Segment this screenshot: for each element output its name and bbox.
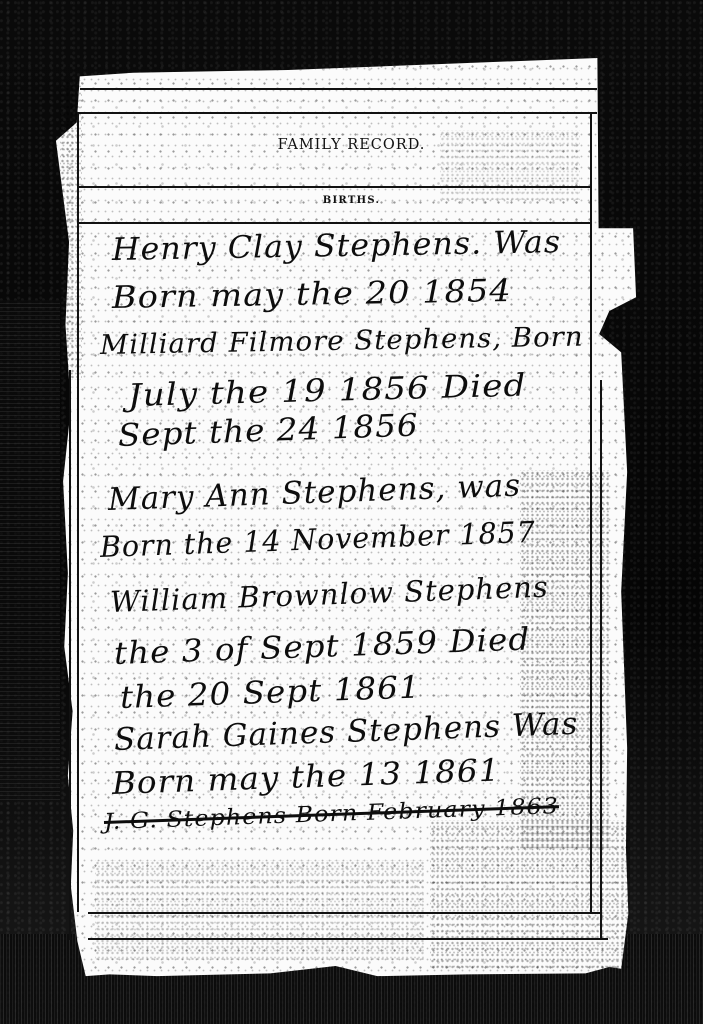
family-record-title: FAMILY RECORD. bbox=[0, 137, 703, 153]
rule-left-inner bbox=[77, 112, 79, 912]
rule-births-bottom bbox=[78, 222, 590, 224]
rule-title-bottom bbox=[78, 186, 590, 188]
rule-top bbox=[80, 88, 597, 90]
handwritten-line-2: Born may the 20 1854 bbox=[112, 273, 512, 316]
background-texture bbox=[0, 300, 60, 800]
rule-right-outer bbox=[600, 380, 602, 940]
rule-bottom-outer bbox=[88, 938, 608, 940]
stain-bottom bbox=[95, 860, 425, 960]
rule-bottom-inner bbox=[88, 912, 600, 914]
rule-title-top bbox=[78, 112, 597, 114]
stain-left-edge bbox=[60, 80, 82, 380]
births-heading: BIRTHS. bbox=[0, 195, 703, 206]
rule-left-outer bbox=[69, 370, 71, 940]
rule-right-inner bbox=[590, 112, 592, 912]
